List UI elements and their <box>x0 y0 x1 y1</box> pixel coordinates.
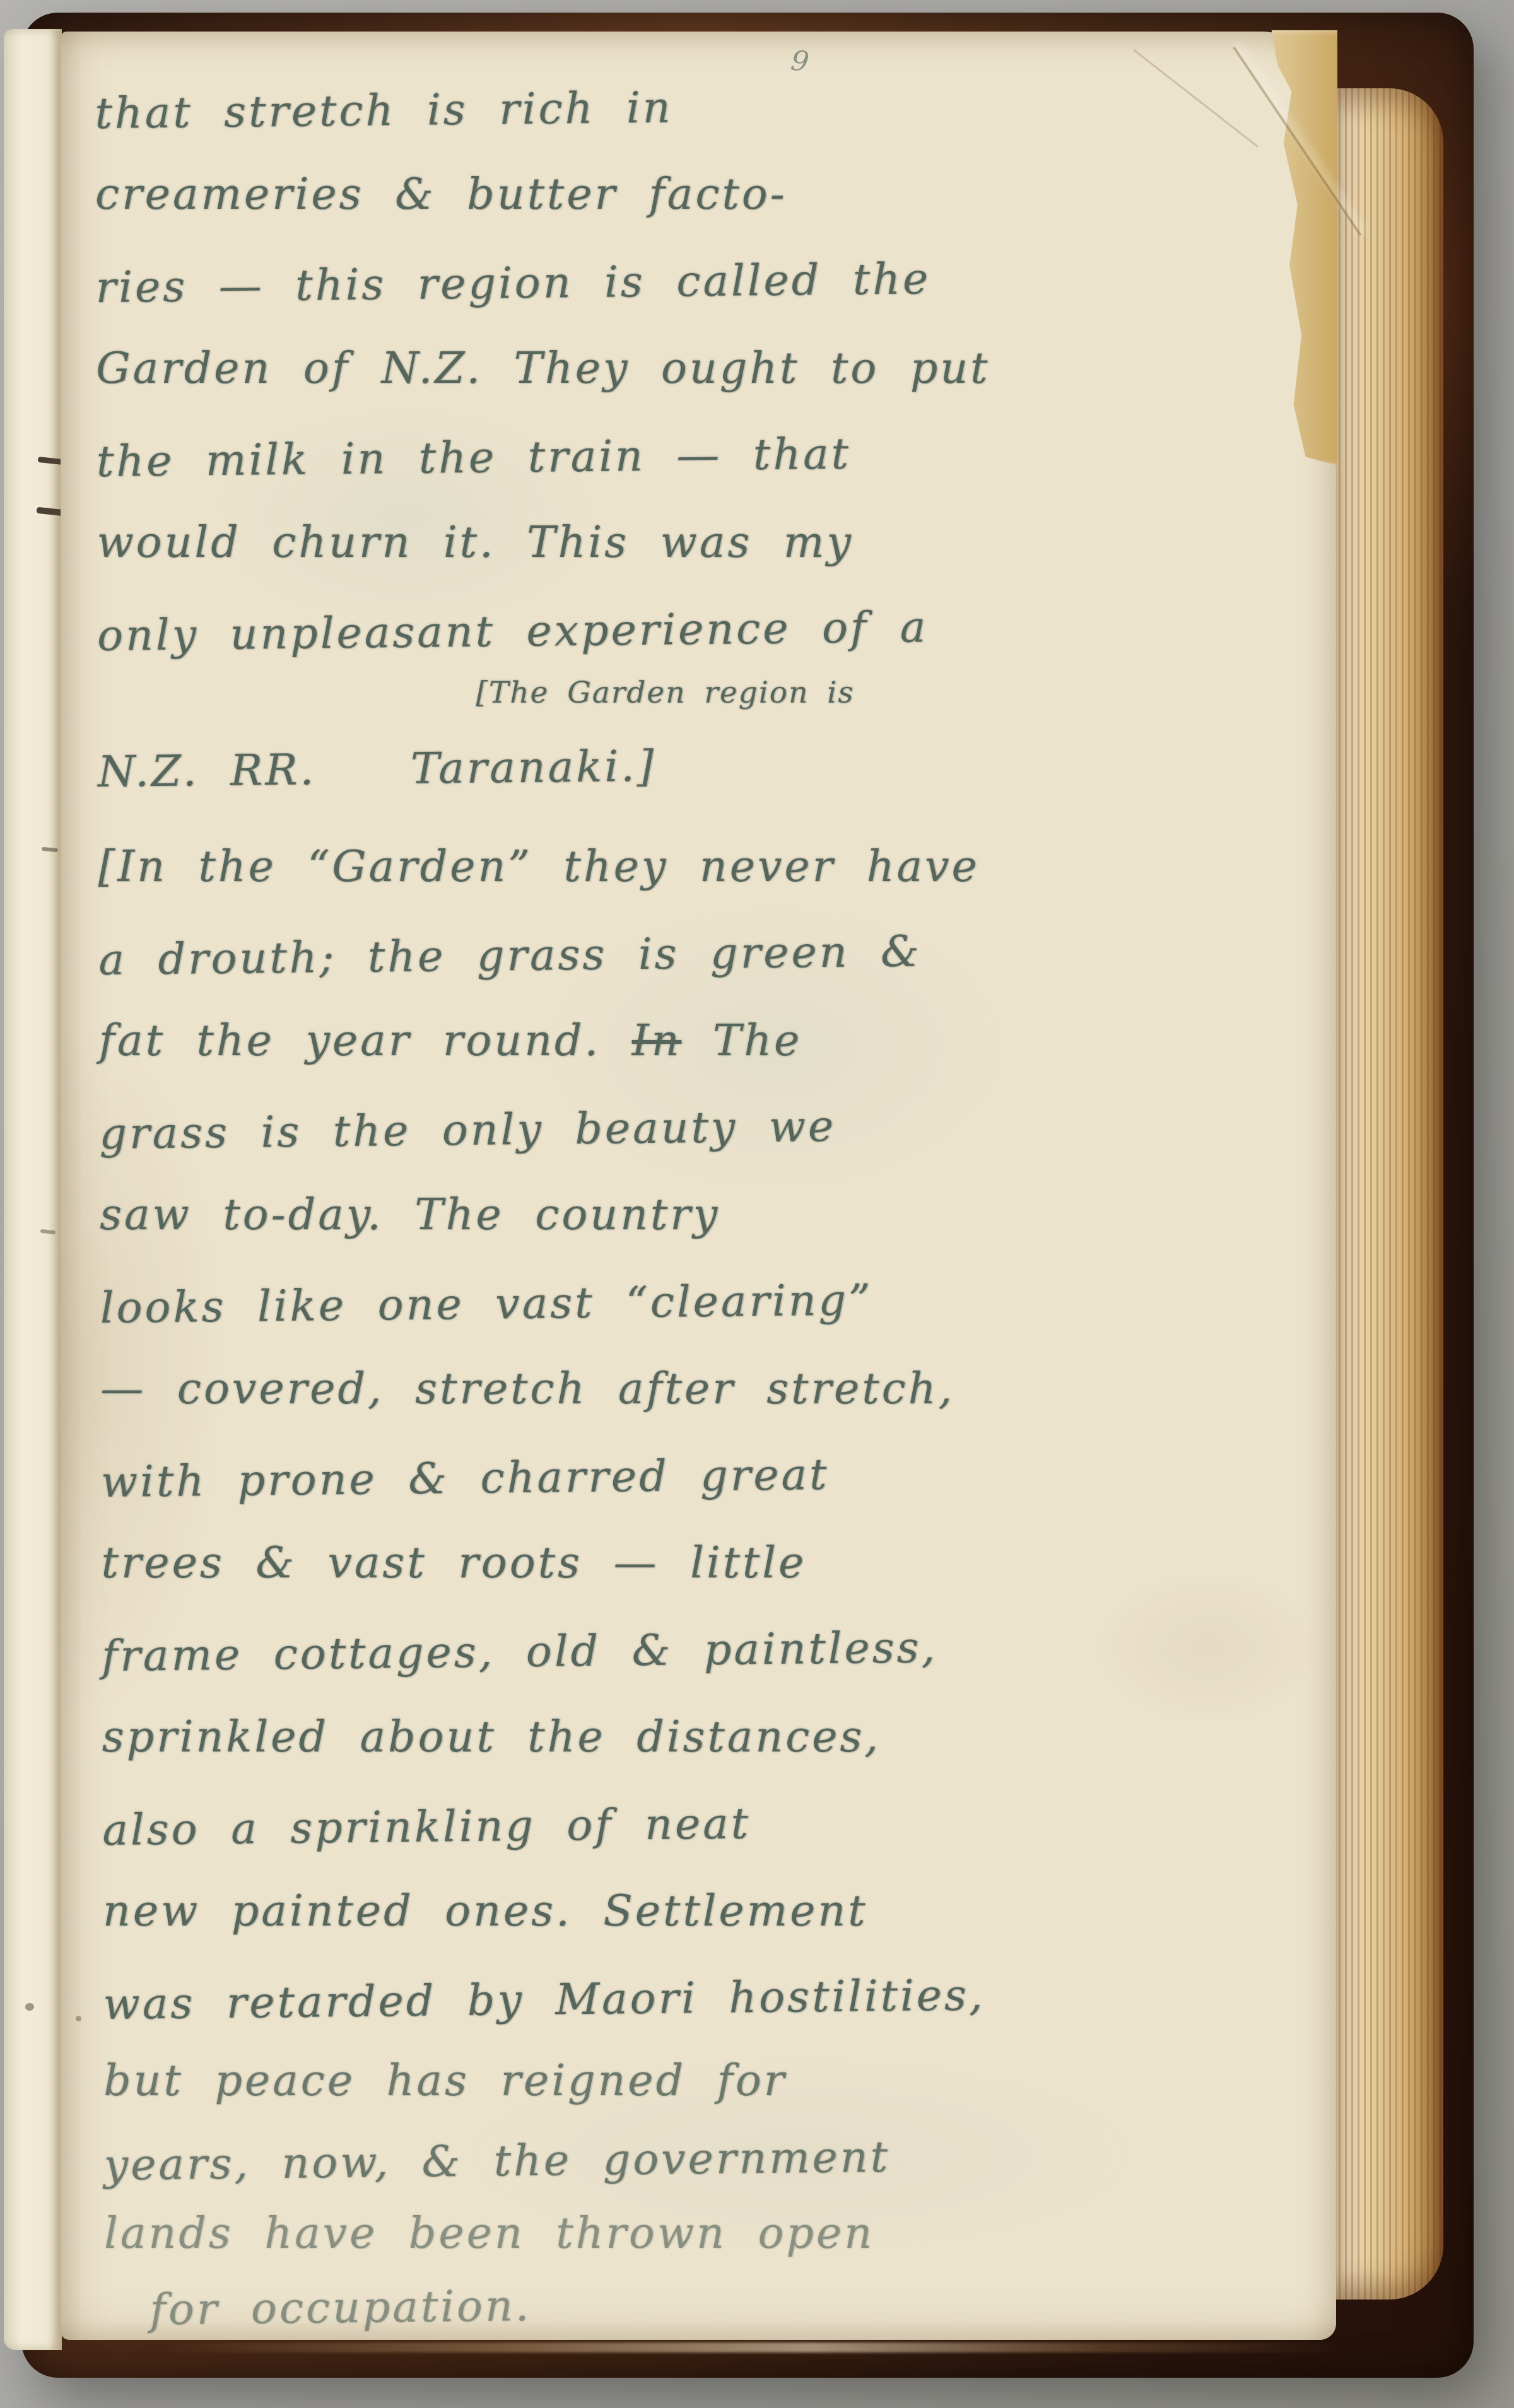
manuscript-line: that stretch is rich in <box>95 58 1306 158</box>
manuscript-text-segment: Garden of N.Z. They ought to put <box>96 344 990 394</box>
manuscript-line: with prone & charred great <box>100 1427 1312 1526</box>
manuscript-text-segment: saw to-day. The country <box>100 1190 720 1240</box>
paper-speck <box>25 2003 34 2011</box>
manuscript-line: [In the “Garden” they never have <box>98 824 1310 911</box>
manuscript-line: fat the year round. In The <box>99 998 1310 1085</box>
manuscript-line: grass is the only beauty we <box>99 1078 1311 1178</box>
manuscript-text-segment: creameries & butter facto- <box>95 170 787 219</box>
manuscript-text-segment: a drouth; the grass is green & <box>98 926 922 985</box>
manuscript-text-segment: ries — this region is called the <box>95 254 930 313</box>
manuscript-text-segment: [The Garden region is <box>476 675 855 710</box>
manuscript-text-segment: but peace has reigned for <box>103 2056 787 2106</box>
notebook-page: 9 that stretch is rich increameries & bu… <box>61 32 1336 2340</box>
manuscript-text-segment: with prone & charred great <box>101 1450 830 1507</box>
manuscript-line: creameries & butter facto- <box>95 151 1306 238</box>
manuscript-text-segment: was retarded by Maori hostilities, <box>103 1970 985 2030</box>
manuscript-text-segment: [In the “Garden” they never have <box>98 842 980 892</box>
manuscript-line: saw to-day. The country <box>100 1172 1311 1259</box>
manuscript-text-segment: the milk in the train — that <box>96 430 851 488</box>
manuscript-text-segment: The <box>681 1016 802 1066</box>
manuscript-line: looks like one vast “clearing” <box>100 1253 1312 1352</box>
binding-gutter <box>4 29 62 2350</box>
manuscript-text-segment: also a sprinkling of neat <box>102 1799 751 1856</box>
manuscript-text-segment: looks like one vast “clearing” <box>100 1275 873 1333</box>
manuscript-line: but peace has reigned for <box>103 2042 1315 2120</box>
manuscript-line: a drouth; the grass is green & <box>98 904 1310 1004</box>
manuscript-line: — covered, stretch after stretch, <box>100 1346 1312 1433</box>
manuscript-text-segment: frame cottages, old & paintless, <box>102 1623 938 1681</box>
manuscript-text-segment: for occupation. <box>150 2281 531 2335</box>
manuscript-text-segment: new painted ones. Settlement <box>103 1886 868 1936</box>
cover-bottom-highlight <box>158 2342 1344 2352</box>
manuscript-text-segment: only unpleasant experience of a <box>97 602 929 661</box>
photo-background: 9 that stretch is rich increameries & bu… <box>0 0 1514 2408</box>
manuscript-line: N.Z. RR.Taranaki.] <box>97 725 1309 817</box>
manuscript-text-segment: lands have been thrown open <box>104 2209 874 2259</box>
manuscript-text-segment: Taranaki.] <box>411 742 657 794</box>
manuscript-line: only unpleasant experience of a <box>97 580 1308 680</box>
manuscript-text: that stretch is rich increameries & butt… <box>95 62 1316 2342</box>
manuscript-text-segment: N.Z. RR. <box>98 745 317 797</box>
manuscript-text-segment: trees & vast roots — little <box>102 1538 807 1588</box>
manuscript-line: trees & vast roots — little <box>102 1520 1313 1607</box>
manuscript-text-segment: — covered, stretch after stretch, <box>100 1364 954 1414</box>
manuscript-line: sprinkled about the distances, <box>102 1694 1313 1781</box>
manuscript-line: frame cottages, old & paintless, <box>101 1601 1313 1700</box>
manuscript-text-segment: grass is the only beauty we <box>99 1102 836 1159</box>
manuscript-text-segment: fat the year round. <box>99 1016 632 1066</box>
manuscript-line: also a sprinkling of neat <box>102 1775 1314 1874</box>
manuscript-line: lands have been thrown open <box>104 2199 1315 2269</box>
manuscript-line: years, now, & the government <box>103 2114 1315 2205</box>
paper-speck <box>76 2016 81 2021</box>
manuscript-text-segment: years, now, & the government <box>103 2132 890 2190</box>
manuscript-text-segment: sprinkled about the distances, <box>102 1712 881 1762</box>
manuscript-text-segment: would churn it. This was my <box>97 518 853 568</box>
struck-out-word: In <box>632 1016 682 1066</box>
manuscript-line: [The Garden region is <box>98 674 1309 732</box>
manuscript-text-segment: that stretch is rich in <box>95 83 673 139</box>
manuscript-line: Garden of N.Z. They ought to put <box>96 325 1307 412</box>
page-fore-edges <box>1332 88 1443 2300</box>
manuscript-line: new painted ones. Settlement <box>103 1868 1314 1955</box>
manuscript-line: ries — this region is called the <box>95 232 1307 332</box>
manuscript-line: was retarded by Maori hostilities, <box>103 1949 1315 2049</box>
manuscript-line: would churn it. This was my <box>97 500 1308 587</box>
manuscript-line: the milk in the train — that <box>96 406 1308 506</box>
manuscript-line: for occupation. <box>104 2263 1316 2346</box>
